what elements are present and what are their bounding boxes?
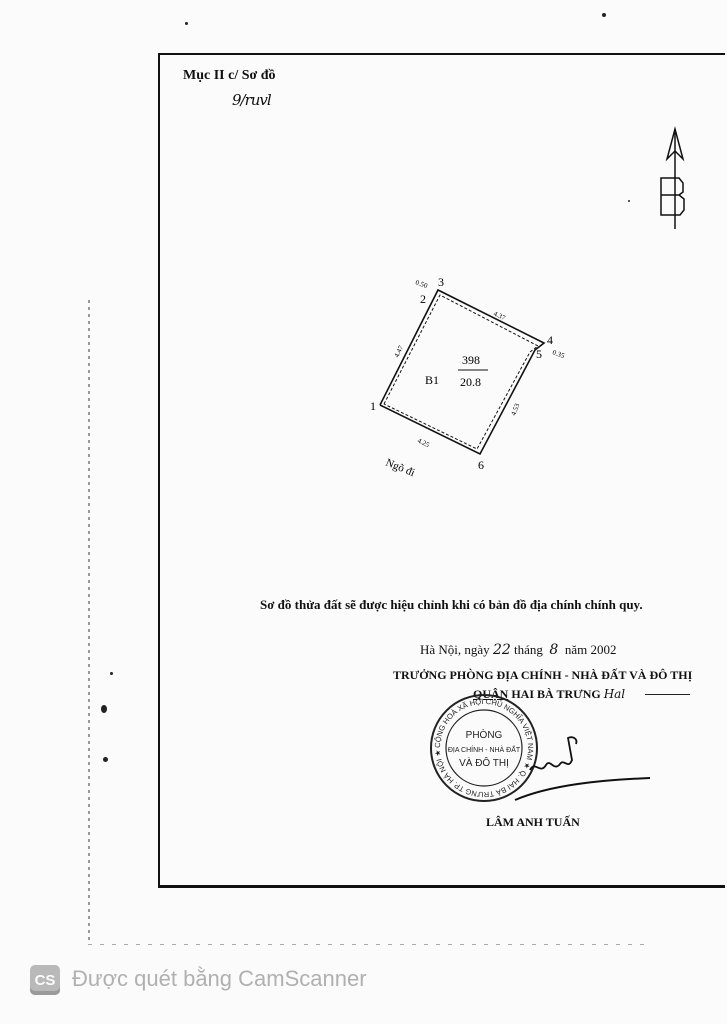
scan-speck — [185, 22, 188, 25]
camscanner-watermark: Được quét bằng CamScanner — [72, 966, 367, 992]
scan-speck — [628, 200, 630, 202]
svg-text:398: 398 — [462, 353, 480, 367]
date-line: Hà Nội, ngày 22 tháng 8 năm 2002 — [420, 642, 616, 658]
svg-text:1: 1 — [370, 399, 376, 413]
scan-speck — [110, 672, 113, 675]
scan-speck — [101, 705, 107, 713]
date-month-label: tháng — [514, 642, 543, 657]
svg-text:PHÒNG: PHÒNG — [466, 728, 503, 741]
page-back-bottom-edge — [88, 944, 648, 945]
date-year: năm 2002 — [565, 642, 617, 657]
scan-speck — [602, 13, 606, 17]
svg-text:Ngõ đi: Ngõ đi — [384, 457, 417, 479]
camscanner-logo-icon: CS — [30, 965, 60, 995]
parcel-sketch: 1 2 3 4 5 6 0.50 4.37 0.35 4.53 4.25 4.4… — [360, 270, 590, 490]
scan-speck — [103, 757, 108, 762]
date-month: 8 — [549, 642, 558, 658]
authority-title: TRƯỞNG PHÒNG ĐỊA CHÍNH - NHÀ ĐẤT VÀ ĐÔ T… — [393, 668, 692, 683]
svg-text:4.53: 4.53 — [509, 402, 521, 417]
signature-icon — [510, 730, 660, 810]
initial-underline — [645, 694, 690, 695]
svg-text:20.8: 20.8 — [460, 375, 481, 389]
svg-text:2: 2 — [420, 292, 426, 306]
svg-text:4: 4 — [547, 333, 553, 347]
svg-text:3: 3 — [438, 275, 444, 289]
svg-text:0.35: 0.35 — [551, 348, 566, 360]
handwritten-initial: Hal — [604, 687, 625, 701]
footer-note: Sơ đồ thửa đất sẽ được hiệu chỉnh khi có… — [260, 597, 643, 613]
north-arrow-icon — [655, 125, 695, 230]
svg-text:0.50: 0.50 — [414, 278, 429, 290]
date-day: 22 — [493, 642, 511, 658]
signer-name: LÂM ANH TUẤN — [486, 815, 580, 830]
svg-text:6: 6 — [478, 458, 484, 472]
date-prefix: Hà Nội, ngày — [420, 642, 490, 657]
svg-text:5: 5 — [536, 347, 542, 361]
svg-text:4.25: 4.25 — [416, 437, 431, 450]
svg-text:VÀ ĐÔ THỊ: VÀ ĐÔ THỊ — [459, 756, 509, 769]
handwritten-note: 9/ruvl — [232, 91, 271, 109]
section-heading: Mục II c/ Sơ đồ — [183, 68, 276, 84]
svg-text:4.47: 4.47 — [393, 344, 406, 359]
page-back-edge — [88, 300, 90, 945]
svg-text:B1: B1 — [425, 373, 439, 387]
